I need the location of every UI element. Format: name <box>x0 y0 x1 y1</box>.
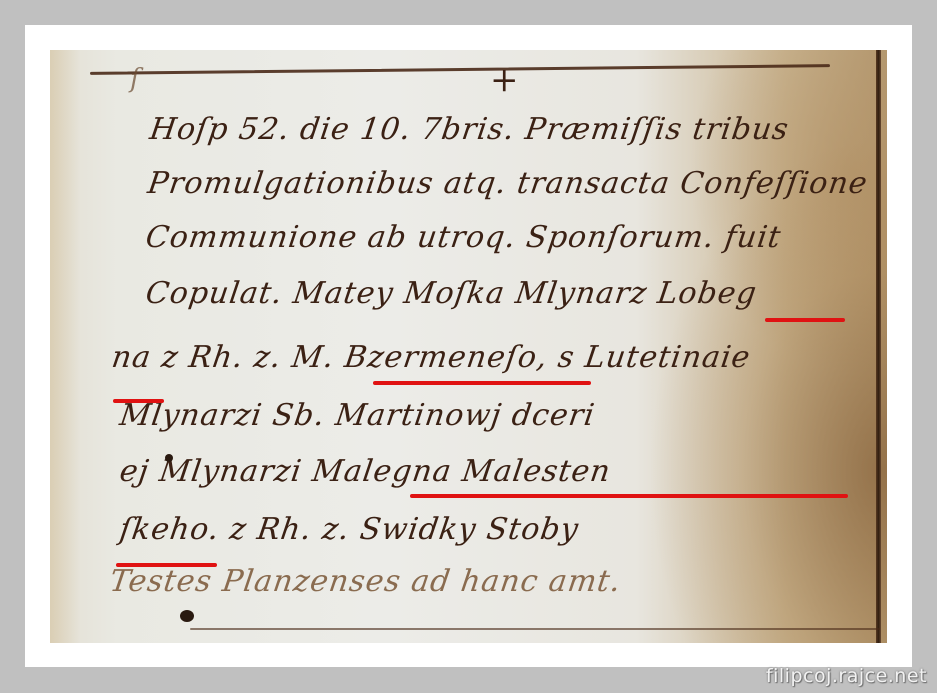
manuscript-line-5: na z Rh. z. M. Bzermeneſo, s Lutetinaie <box>110 340 753 375</box>
page-binding-edge <box>876 50 881 643</box>
manuscript-line-3: Communione ab utroq. Sponſorum. fuit <box>144 220 784 255</box>
ink-blot <box>165 454 173 462</box>
manuscript-line-1: Hoſp 52. die 10. 7bris. Præmiſſis tribus <box>148 112 792 147</box>
manuscript-line-6: Mlynarzi Sb. Martinowj dceri <box>118 398 598 433</box>
manuscript-line-2: Promulgationibus atq. transacta Confeſſi… <box>146 166 871 201</box>
bottom-rule-line <box>190 628 880 630</box>
annotation-underline-lobeg <box>765 318 845 322</box>
watermark: filipcoj.rajce.net <box>766 665 927 687</box>
manuscript-line-8: ſkeho. z Rh. z. Swidky Stoby <box>118 512 582 547</box>
manuscript-line-7: ej Mlynarzi Malegna Malesten <box>118 454 614 489</box>
page-edge-shading <box>50 50 80 643</box>
top-rule-line <box>90 64 830 75</box>
annotation-underline-skeho <box>116 563 217 567</box>
manuscript-line-9: Testes Planzenses ad hanc amt. <box>108 564 624 599</box>
annotation-underline-na <box>113 399 164 403</box>
annotation-underline-brzermenesko <box>373 381 591 385</box>
cross-symbol: + <box>490 60 519 100</box>
annotation-underline-malegna <box>410 494 848 498</box>
manuscript-page: + ſ Hoſp 52. die 10. 7bris. Præmiſſis tr… <box>50 50 887 643</box>
ink-blot <box>180 610 194 622</box>
manuscript-line-4: Copulat. Matey Moſka Mlynarz Lobeg <box>144 276 760 311</box>
margin-note: ſ <box>130 64 140 94</box>
